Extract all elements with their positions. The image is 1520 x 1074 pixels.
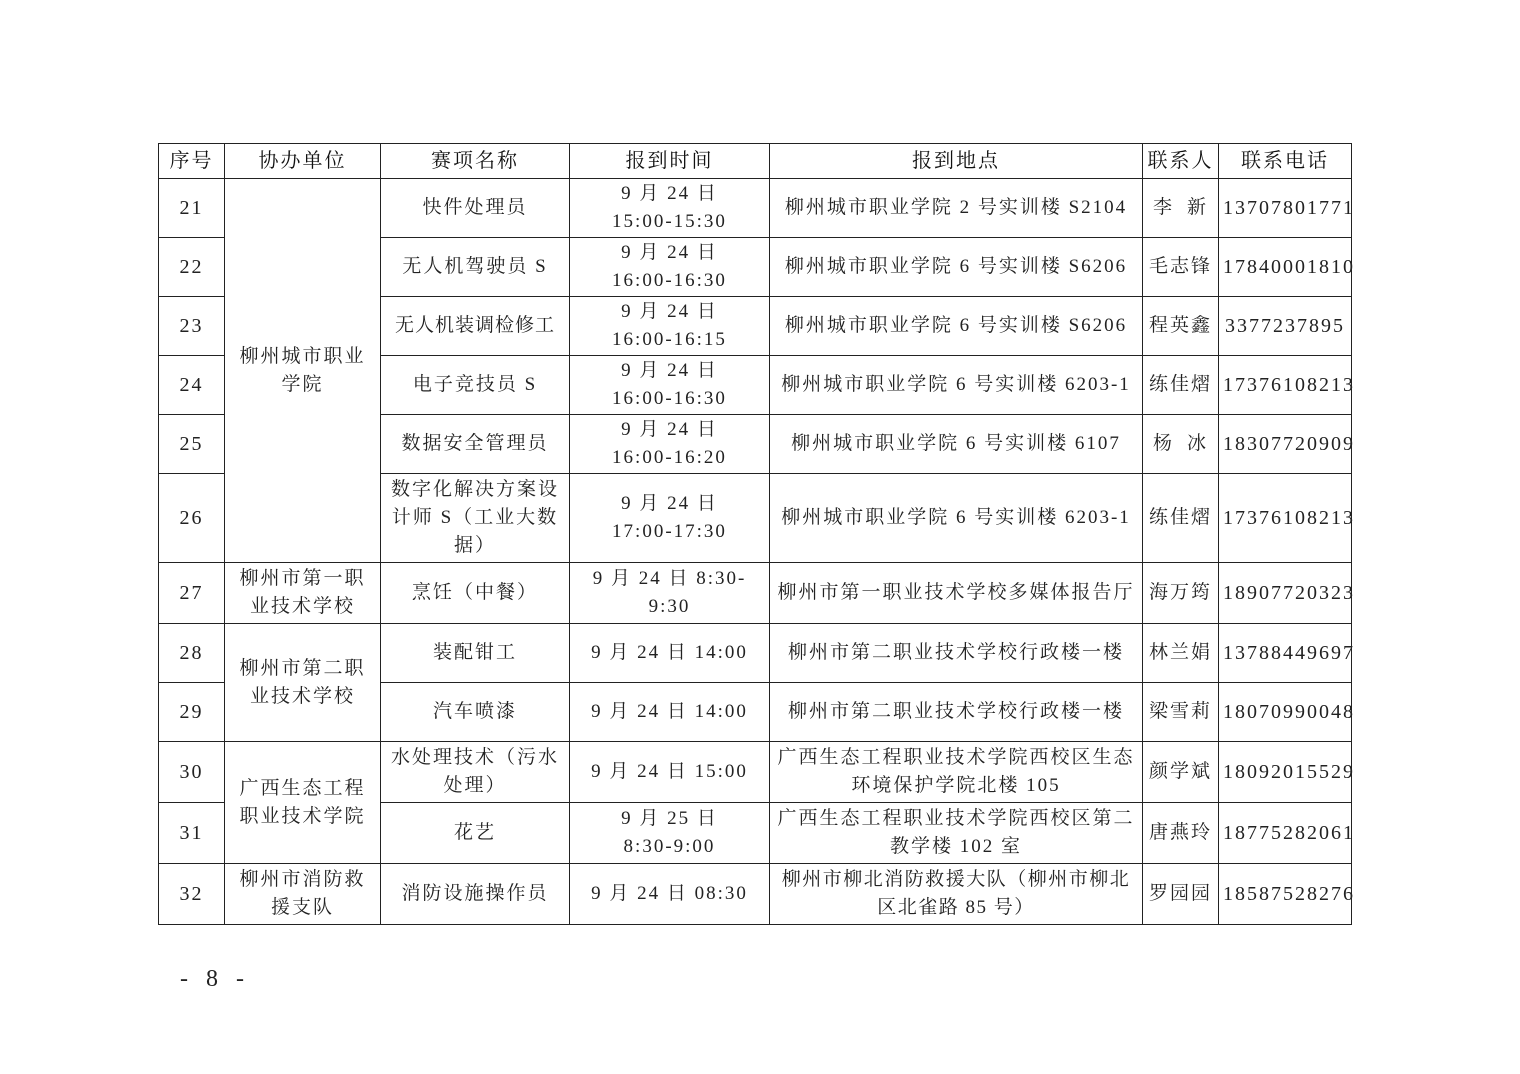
row-index: 25 [159, 415, 225, 474]
contact-phone: 18307720909 [1219, 415, 1352, 474]
contact-phone: 18775282061 [1219, 803, 1352, 864]
row-index: 31 [159, 803, 225, 864]
event-name: 消防设施操作员 [381, 864, 570, 925]
table-row: 32 柳州市消防救援支队 消防设施操作员 9 月 24 日 08:30 柳州市柳… [159, 864, 1352, 925]
checkin-date: 9 月 24 日 [574, 239, 765, 267]
organizer-cell: 柳州城市职业学院 [225, 179, 381, 563]
checkin-date: 9 月 24 日 [574, 490, 765, 518]
event-name: 电子竞技员 S [381, 356, 570, 415]
checkin-time: 9 月 24 日 8:30-9:30 [570, 563, 770, 624]
row-index: 32 [159, 864, 225, 925]
checkin-location: 广西生态工程职业技术学院西校区第二教学楼 102 室 [770, 803, 1143, 864]
checkin-hours: 16:00-16:15 [574, 326, 765, 354]
table-row: 27 柳州市第一职业技术学校 烹饪（中餐） 9 月 24 日 8:30-9:30… [159, 563, 1352, 624]
contact-first: 杨 [1153, 430, 1174, 458]
contact-person: 李新 [1143, 179, 1219, 238]
checkin-time: 9 月 24 日16:00-16:20 [570, 415, 770, 474]
organizer-name: 广西生态工程职业技术学院 [235, 775, 370, 831]
checkin-time: 9 月 24 日 15:00 [570, 742, 770, 803]
checkin-location: 柳州市第二职业技术学校行政楼一楼 [770, 624, 1143, 683]
contact-last: 新 [1187, 194, 1208, 222]
event-name: 烹饪（中餐） [381, 563, 570, 624]
checkin-time: 9 月 24 日16:00-16:15 [570, 297, 770, 356]
event-name: 汽车喷漆 [381, 683, 570, 742]
contact-person: 罗园园 [1143, 864, 1219, 925]
contact-phone: 17376108213 [1219, 474, 1352, 563]
checkin-hours: 17:00-17:30 [574, 518, 765, 546]
checkin-time: 9 月 24 日 14:00 [570, 624, 770, 683]
event-name: 快件处理员 [381, 179, 570, 238]
contact-person: 海万筠 [1143, 563, 1219, 624]
header-checkin-location: 报到地点 [770, 144, 1143, 179]
checkin-location: 柳州市第一职业技术学校多媒体报告厅 [770, 563, 1143, 624]
page-number: - 8 - [180, 966, 250, 993]
checkin-time: 9 月 24 日15:00-15:30 [570, 179, 770, 238]
contact-person: 梁雪莉 [1143, 683, 1219, 742]
event-name: 无人机驾驶员 S [381, 238, 570, 297]
event-name: 水处理技术（污水处理） [381, 742, 570, 803]
checkin-hours: 8:30-9:00 [574, 833, 765, 861]
checkin-time: 9 月 24 日16:00-16:30 [570, 356, 770, 415]
event-name: 无人机装调检修工 [381, 297, 570, 356]
contact-last: 冰 [1187, 430, 1208, 458]
organizer-name: 柳州市第二职业技术学校 [235, 655, 370, 711]
contact-person: 练佳熠 [1143, 474, 1219, 563]
checkin-location: 柳州城市职业学院 6 号实训楼 S6206 [770, 297, 1143, 356]
contact-person: 毛志锋 [1143, 238, 1219, 297]
checkin-time: 9 月 24 日16:00-16:30 [570, 238, 770, 297]
checkin-location: 柳州城市职业学院 6 号实训楼 6203-1 [770, 474, 1143, 563]
checkin-hours: 16:00-16:30 [574, 385, 765, 413]
checkin-date: 9 月 24 日 [574, 298, 765, 326]
checkin-hours: 15:00-15:30 [574, 208, 765, 236]
contact-phone: 13788449697 [1219, 624, 1352, 683]
checkin-location: 柳州城市职业学院 6 号实训楼 6107 [770, 415, 1143, 474]
row-index: 22 [159, 238, 225, 297]
checkin-location: 柳州市第二职业技术学校行政楼一楼 [770, 683, 1143, 742]
organizer-cell: 柳州市第二职业技术学校 [225, 624, 381, 742]
row-index: 23 [159, 297, 225, 356]
contact-person: 颜学斌 [1143, 742, 1219, 803]
row-index: 21 [159, 179, 225, 238]
row-index: 24 [159, 356, 225, 415]
table-row: 21 柳州城市职业学院 快件处理员 9 月 24 日15:00-15:30 柳州… [159, 179, 1352, 238]
checkin-date: 9 月 25 日 [574, 805, 765, 833]
contact-person: 唐燕玲 [1143, 803, 1219, 864]
checkin-location: 柳州市柳北消防救援大队（柳州市柳北区北雀路 85 号） [770, 864, 1143, 925]
header-event: 赛项名称 [381, 144, 570, 179]
organizer-name: 柳州市第一职业技术学校 [235, 565, 370, 621]
organizer-name: 柳州市消防救援支队 [235, 866, 370, 922]
checkin-time: 9 月 24 日 14:00 [570, 683, 770, 742]
checkin-date: 9 月 24 日 [574, 180, 765, 208]
header-checkin-time: 报到时间 [570, 144, 770, 179]
contact-first: 李 [1153, 194, 1174, 222]
event-name: 装配钳工 [381, 624, 570, 683]
checkin-location: 柳州城市职业学院 2 号实训楼 S2104 [770, 179, 1143, 238]
row-index: 27 [159, 563, 225, 624]
organizer-name: 柳州城市职业学院 [235, 343, 370, 399]
organizer-cell: 柳州市第一职业技术学校 [225, 563, 381, 624]
event-name: 数字化解决方案设计师 S（工业大数据） [381, 474, 570, 563]
contact-phone: 3377237895 [1219, 297, 1352, 356]
checkin-time: 9 月 24 日17:00-17:30 [570, 474, 770, 563]
checkin-time: 9 月 25 日8:30-9:00 [570, 803, 770, 864]
contact-person: 杨冰 [1143, 415, 1219, 474]
event-name: 数据安全管理员 [381, 415, 570, 474]
checkin-time: 9 月 24 日 08:30 [570, 864, 770, 925]
row-index: 29 [159, 683, 225, 742]
contact-person: 练佳熠 [1143, 356, 1219, 415]
checkin-location: 柳州城市职业学院 6 号实训楼 6203-1 [770, 356, 1143, 415]
checkin-location: 柳州城市职业学院 6 号实训楼 S6206 [770, 238, 1143, 297]
checkin-hours: 16:00-16:30 [574, 267, 765, 295]
event-name: 花艺 [381, 803, 570, 864]
checkin-location: 广西生态工程职业技术学院西校区生态环境保护学院北楼 105 [770, 742, 1143, 803]
row-index: 28 [159, 624, 225, 683]
contact-phone: 18070990048 [1219, 683, 1352, 742]
checkin-hours: 16:00-16:20 [574, 444, 765, 472]
contact-phone: 18092015529 [1219, 742, 1352, 803]
table-row: 28 柳州市第二职业技术学校 装配钳工 9 月 24 日 14:00 柳州市第二… [159, 624, 1352, 683]
table-row: 30 广西生态工程职业技术学院 水处理技术（污水处理） 9 月 24 日 15:… [159, 742, 1352, 803]
contact-person: 林兰娟 [1143, 624, 1219, 683]
contact-phone: 18587528276 [1219, 864, 1352, 925]
header-contact: 联系人 [1143, 144, 1219, 179]
contact-person: 程英鑫 [1143, 297, 1219, 356]
row-index: 26 [159, 474, 225, 563]
checkin-date: 9 月 24 日 [574, 416, 765, 444]
contact-phone: 17376108213 [1219, 356, 1352, 415]
organizer-cell: 柳州市消防救援支队 [225, 864, 381, 925]
header-phone: 联系电话 [1219, 144, 1352, 179]
contact-phone: 17840001810 [1219, 238, 1352, 297]
contact-phone: 18907720323 [1219, 563, 1352, 624]
row-index: 30 [159, 742, 225, 803]
organizer-cell: 广西生态工程职业技术学院 [225, 742, 381, 864]
header-organizer: 协办单位 [225, 144, 381, 179]
contact-phone: 13707801771 [1219, 179, 1352, 238]
table-header-row: 序号 协办单位 赛项名称 报到时间 报到地点 联系人 联系电话 [159, 144, 1352, 179]
checkin-date: 9 月 24 日 [574, 357, 765, 385]
registration-schedule-table: 序号 协办单位 赛项名称 报到时间 报到地点 联系人 联系电话 21 柳州城市职… [158, 143, 1352, 925]
header-index: 序号 [159, 144, 225, 179]
